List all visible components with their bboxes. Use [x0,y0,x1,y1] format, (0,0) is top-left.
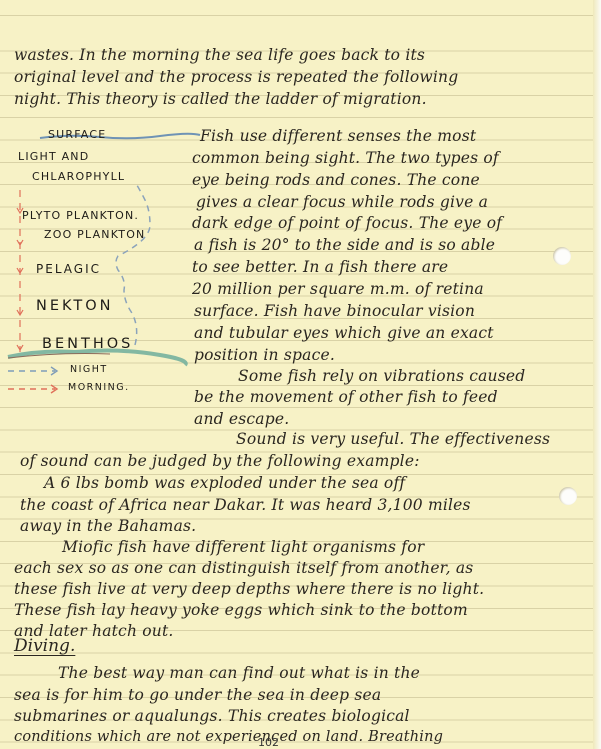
text-line: sea is for him to go under the sea in de… [14,684,381,706]
text-line: surface. Fish have binocular vision [194,300,475,322]
text-line: a fish is 20° to the side and is so able [194,234,495,256]
text-line: submarines or aqualungs. This creates bi… [14,705,410,727]
label-pelagic: PELAGIC [36,262,101,276]
page-number: 102 [258,736,279,749]
legend-night: NIGHT [70,364,108,375]
text-line: to see better. In a fish there are [192,256,448,278]
text-line: eye being rods and cones. The cone [192,169,480,191]
seabed-line [8,351,186,365]
section-heading-diving: Diving. [14,636,75,656]
label-zooplankton: ZOO PLANKTON [44,228,145,241]
text-line: Sound is very useful. The effectiveness [236,428,550,450]
label-benthos: BENTHOS [42,336,133,352]
text-line: These fish lay heavy yoke eggs which sin… [14,599,468,621]
text-line: conditions which are not experienced on … [14,726,443,748]
text-line: 20 million per square m.m. of retina [192,278,484,300]
night-vertical-path [116,182,150,345]
text-line: position in space. [194,344,335,366]
text-line: away in the Bahamas. [20,515,196,537]
text-line: Some fish rely on vibrations caused [238,365,525,387]
text-line: be the movement of other fish to feed [194,386,498,408]
text-line: The best way man can find out what is in… [58,662,420,684]
legend-morning: MORNING. [68,382,130,393]
text-line: A 6 lbs bomb was exploded under the sea … [44,472,405,494]
text-line: these fish live at very deep depths wher… [14,578,484,600]
text-line: dark edge of point of focus. The eye of [192,212,502,234]
text-line: gives a clear focus while rods give a [196,191,488,213]
label-chlorophyll: CHLAROPHYLL [32,170,125,183]
label-phytoplankton: PLYTO PLANKTON. [22,209,139,222]
text-line: of sound can be judged by the following … [20,450,420,472]
label-surface: SURFACE [48,128,106,141]
text-line: and escape. [194,408,289,430]
label-nekton: NEKTON [36,298,114,314]
text-line: common being sight. The two types of [192,147,499,169]
text-line: the coast of Africa near Dakar. It was h… [20,494,471,516]
text-line: Miofic fish have different light organis… [62,536,424,558]
text-line: and tubular eyes which give an exact [194,322,494,344]
text-line: Fish use different senses the most [200,125,476,147]
label-light-and: LIGHT AND [18,150,89,163]
text-line: each sex so as one can distinguish itsel… [14,557,473,579]
